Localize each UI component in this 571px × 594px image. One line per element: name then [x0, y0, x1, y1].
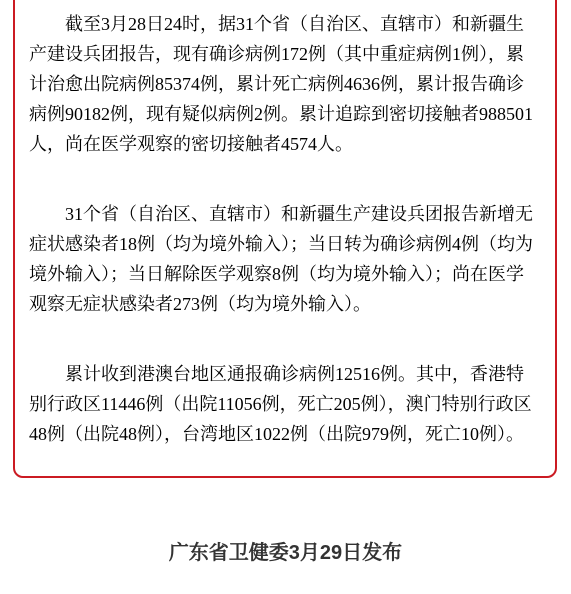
footer-source-line: 广东省卫健委3月29日发布: [0, 542, 571, 564]
notice-paragraph-national-summary: 截至3月28日24时，据31个省（自治区、直辖市）和新疆生产建设兵团报告，现有确…: [29, 9, 541, 159]
notice-page: 截至3月28日24时，据31个省（自治区、直辖市）和新疆生产建设兵团报告，现有确…: [0, 0, 571, 594]
notice-paragraph-hk-macao-taiwan: 累计收到港澳台地区通报确诊病例12516例。其中，香港特别行政区11446例（出…: [29, 359, 541, 449]
notice-paragraph-asymptomatic-cases: 31个省（自治区、直辖市）和新疆生产建设兵团报告新增无症状感染者18例（均为境外…: [29, 199, 541, 319]
notice-box: 截至3月28日24时，据31个省（自治区、直辖市）和新疆生产建设兵团报告，现有确…: [13, 0, 557, 478]
